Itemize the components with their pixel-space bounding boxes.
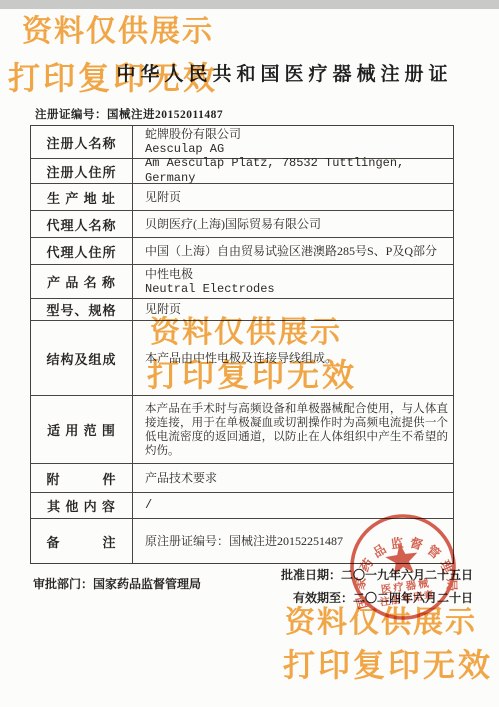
table-row: 附 件产品技术要求 bbox=[31, 464, 453, 493]
watermark-line: 打印复印无效 bbox=[283, 649, 493, 681]
row-value-line: 中性电极 bbox=[145, 267, 447, 282]
row-label: 结构及组成 bbox=[31, 321, 133, 395]
table-row: 生 产 地 址见附页 bbox=[31, 184, 453, 211]
table-row: 代理人住所中国（上海）自由贸易试验区港澳路285号S、P及Q部分 bbox=[31, 238, 453, 265]
row-label: 生 产 地 址 bbox=[31, 184, 133, 210]
row-value-line: 中国（上海）自由贸易试验区港澳路285号S、P及Q部分 bbox=[145, 244, 447, 259]
row-value: 本产品在手术时与高频设备和单极器械配合使用，与人体直接连接，用于在单极凝血或切割… bbox=[133, 396, 453, 463]
watermark-line: 资料仅供展示 bbox=[285, 608, 477, 638]
table-row: 产 品 名 称中性电极Neutral Electrodes bbox=[31, 265, 453, 299]
row-value-line: 本产品在手术时与高频设备和单极器械配合使用，与人体直接连接，用于在单极凝血或切割… bbox=[145, 402, 448, 458]
certificate-page: 中华人民共和国医疗器械注册证 注册证编号：国械注进20152011487 注册人… bbox=[0, 0, 499, 707]
scan-edge-strip bbox=[0, 0, 499, 9]
table-row: 代理人名称贝朗医疗(上海)国际贸易有限公司 bbox=[31, 211, 453, 238]
row-label: 代理人名称 bbox=[31, 211, 133, 237]
table-row: 适 用 范 围本产品在手术时与高频设备和单极器械配合使用，与人体直接连接，用于在… bbox=[31, 396, 453, 464]
row-label: 附 件 bbox=[31, 464, 133, 492]
row-value: 中性电极Neutral Electrodes bbox=[133, 265, 453, 298]
row-value-line: Am Aesculap Platz, 78532 Tuttlingen, Ger… bbox=[145, 156, 447, 186]
row-label: 注册人名称 bbox=[31, 126, 133, 158]
row-value-line: Neutral Electrodes bbox=[145, 282, 447, 297]
row-value-line: 见附页 bbox=[145, 190, 447, 205]
row-value-line: 蛇牌股份有限公司 bbox=[145, 127, 447, 142]
watermark-line: 资料仅供展示 bbox=[150, 318, 342, 348]
table-row: 注册人名称蛇牌股份有限公司Aesculap AG bbox=[31, 126, 453, 159]
row-value: 蛇牌股份有限公司Aesculap AG bbox=[133, 126, 453, 158]
row-label: 适 用 范 围 bbox=[31, 396, 133, 463]
watermark-line: 打印复印无效 bbox=[147, 359, 357, 391]
certificate-number-line: 注册证编号：国械注进20152011487 bbox=[35, 106, 223, 122]
row-value: 贝朗医疗(上海)国际贸易有限公司 bbox=[133, 211, 453, 237]
row-label: 其 他 内 容 bbox=[31, 493, 133, 518]
row-value: Am Aesculap Platz, 78532 Tuttlingen, Ger… bbox=[133, 159, 453, 183]
row-label: 代理人住所 bbox=[31, 238, 133, 264]
row-value-line: 产品技术要求 bbox=[145, 471, 447, 486]
watermark-line: 打印复印无效 bbox=[8, 62, 218, 94]
row-value: 见附页 bbox=[133, 184, 453, 210]
row-value: 中国（上海）自由贸易试验区港澳路285号S、P及Q部分 bbox=[133, 238, 453, 264]
row-value-line: Aesculap AG bbox=[145, 142, 447, 157]
row-label: 型号、规格 bbox=[31, 299, 133, 320]
row-label: 产 品 名 称 bbox=[31, 265, 133, 298]
watermark-line: 资料仅供展示 bbox=[22, 17, 214, 47]
row-value-line: 贝朗医疗(上海)国际贸易有限公司 bbox=[145, 217, 447, 232]
row-value: 产品技术要求 bbox=[133, 464, 453, 492]
approval-department: 审批部门：国家药品监督管理局 bbox=[33, 575, 201, 592]
table-row: 注册人住所Am Aesculap Platz, 78532 Tuttlingen… bbox=[31, 159, 453, 184]
row-label: 注册人住所 bbox=[31, 159, 133, 183]
row-label: 备 注 bbox=[31, 519, 133, 563]
